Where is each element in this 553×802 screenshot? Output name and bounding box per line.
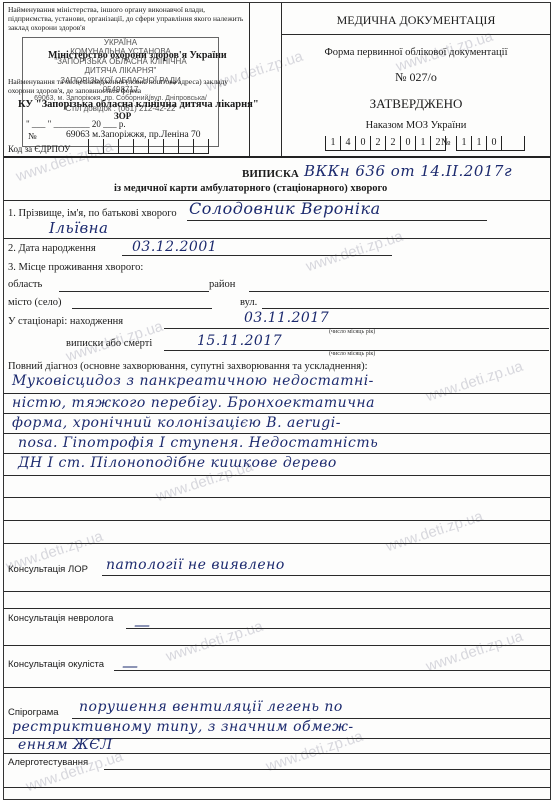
edrpou-code-boxes[interactable] xyxy=(88,139,209,154)
discharge-label: виписки або смерті xyxy=(66,338,152,349)
diagnosis-line[interactable]: ністю, тяжкого перебігу. Бронхоектатична xyxy=(12,395,375,411)
spirogram-line[interactable]: порушення вентиляції легень по xyxy=(79,699,343,715)
form-number: № 027/о xyxy=(281,70,551,85)
facility-name: КУ "Запорізька обласна клінічна дитяча л… xyxy=(18,99,259,110)
patient-name-label: 1. Прізвище, ім'я, по батькові хворого xyxy=(8,208,177,219)
diagnosis-line[interactable]: nosa. Гіпотрофія І ступеня. Недостатніст… xyxy=(18,435,378,451)
approved-label: ЗАТВЕРДЖЕНО xyxy=(281,96,551,112)
order-number-boxes: 110 xyxy=(456,136,525,151)
neuro-consult-label: Консультація невролога xyxy=(8,613,113,624)
diagnosis-line[interactable]: Муковісцидоз з панкреатичною недостатні- xyxy=(12,373,374,389)
order-no-label: № xyxy=(441,137,451,148)
spirogram-line[interactable]: рестриктивному типу, з значним обмеж- xyxy=(12,719,354,735)
oculist-consult-label: Консультація окуліста xyxy=(8,659,104,670)
date-hint: (число місяць рік) xyxy=(329,329,375,335)
dob-label: 2. Дата народження xyxy=(8,243,96,254)
extract-title: ВИПИСКА xyxy=(242,168,299,180)
neuro-consult-value[interactable]: — xyxy=(134,615,151,634)
lor-consult-value[interactable]: патології не виявлено xyxy=(106,557,285,573)
edrpou-label: Код за ЄДРПОУ xyxy=(8,144,70,154)
patient-name-value[interactable]: Солодовник Вероніка xyxy=(189,199,381,218)
watermark: www.deti.zp.ua xyxy=(424,358,525,405)
dob-value[interactable]: 03.12.2001 xyxy=(132,239,217,255)
medical-form-page: www.deti.zp.ua www.deti.zp.ua www.deti.z… xyxy=(3,2,551,800)
allergy-test-label: Алерготестування xyxy=(8,757,88,768)
number-label: № xyxy=(28,131,37,141)
watermark: www.deti.zp.ua xyxy=(304,228,405,275)
extract-reference: ВККн 636 от 14.ІІ.2017г xyxy=(304,162,512,180)
ministry-caption: Найменування міністерства, іншого органу… xyxy=(8,5,244,32)
residence-label: 3. Місце проживання хворого: xyxy=(8,262,143,273)
region-label: область xyxy=(8,279,42,290)
diagnosis-line[interactable]: ДН І ст. Пілоноподібне кишкове дерево xyxy=(18,455,337,471)
admission-date-value[interactable]: 03.11.2017 xyxy=(244,310,329,326)
patient-name-value-line2[interactable]: Ільївна xyxy=(49,219,109,237)
diagnosis-line[interactable]: форма, хронічний колонізацією В. aerugi- xyxy=(12,415,341,431)
diagnosis-label: Повний діагноз (основне захворювання, су… xyxy=(8,361,368,372)
watermark: www.deti.zp.ua xyxy=(384,508,485,555)
city-label: місто (село) xyxy=(8,297,61,308)
watermark: www.deti.zp.ua xyxy=(24,748,125,795)
spirogram-label: Спірограма xyxy=(8,707,59,718)
order-date-boxes: 14022012 xyxy=(325,136,446,151)
street-label: вул. xyxy=(240,297,257,308)
spirogram-line[interactable]: енням ЖЄЛ xyxy=(18,737,113,753)
form-caption: Форма первинної облікової документації xyxy=(281,47,551,58)
district-label: район xyxy=(209,279,235,290)
date-hint: (число місяць рік) xyxy=(329,351,375,357)
facility-caption: Найменування та місцезнаходження (повна … xyxy=(8,77,248,95)
doc-title: МЕДИЧНА ДОКУМЕНТАЦІЯ xyxy=(281,13,551,28)
watermark: www.deti.zp.ua xyxy=(164,618,265,665)
extract-subtitle: із медичної карти амбулаторного (стаціон… xyxy=(114,183,387,194)
date-placeholder: " ___ " ________ 20 ___ р. xyxy=(26,119,126,129)
discharge-date-value[interactable]: 15.11.2017 xyxy=(197,333,282,349)
hospital-stay-label: У стаціонарі: находження xyxy=(8,316,123,327)
watermark: www.deti.zp.ua xyxy=(424,628,525,675)
oculist-consult-value[interactable]: — xyxy=(122,656,139,675)
order-label: Наказом МОЗ України xyxy=(281,120,551,131)
lor-consult-label: Консультація ЛОР xyxy=(8,564,88,575)
